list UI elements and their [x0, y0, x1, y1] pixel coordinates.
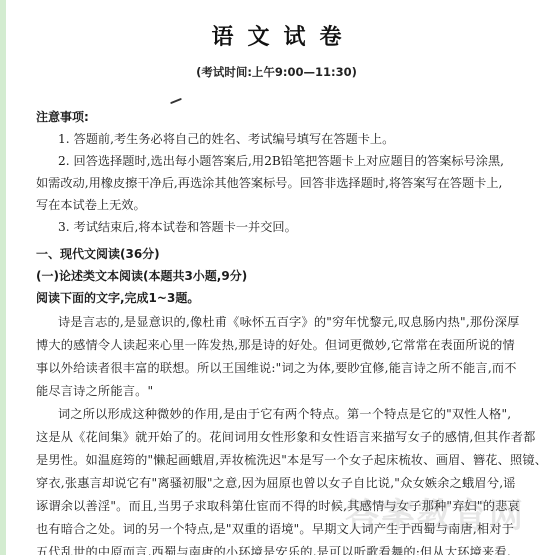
- notice-item-1: 1. 答题前,考生务必将自己的姓名、考试编号填写在答题卡上。: [58, 130, 394, 147]
- exam-page: 语文试卷 (考试时间:上午9:00—11:30) 注意事项: 1. 答题前,考生…: [0, 0, 553, 555]
- passage-line: 诗是言志的,是显意识的,像杜甫《咏怀五百字》的"穷年忧黎元,叹息肠内热",那份深…: [58, 313, 519, 330]
- section-instruction: 阅读下面的文字,完成1~3题。: [36, 289, 199, 306]
- section-subheading: (一)论述类文本阅读(本题共3小题,9分): [36, 267, 247, 284]
- section-heading: 一、现代文阅读(36分): [36, 245, 160, 262]
- notice-item-3: 3. 考试结束后,将本试卷和答题卡一并交回。: [58, 218, 297, 235]
- notice-item-2-end: 写在本试卷上无效。: [36, 196, 146, 213]
- notice-item-2-cont: 如需改动,用橡皮擦干净后,再选涂其他答案标号。回答非选择题时,将答案写在答题卡上…: [36, 174, 502, 191]
- passage-line: 词之所以形成这种微妙的作用,是由于它有两个特点。第一个特点是它的"双性人格",: [58, 405, 511, 422]
- pen-mark: [170, 98, 182, 104]
- passage-line: 穿衣,张惠言却说它有"离骚初服"之意,因为屈原也曾以女子自比说,"众女嫉余之蛾眉…: [36, 474, 516, 491]
- passage-line: 博大的感情令人读起来心里一阵发热,那是诗的好处。但词更微妙,它常常在表面所说的情: [36, 336, 515, 353]
- notice-item-2: 2. 回答选择题时,选出每小题答案后,用2B铅笔把答题卡上对应题目的答案标号涂黑…: [58, 152, 504, 169]
- passage-line: 是男性。如温庭筠的"懒起画蛾眉,弄妆梳洗迟"本是写一个女子起床梳妆、画眉、簪花、…: [36, 451, 547, 468]
- notice-heading: 注意事项:: [36, 108, 89, 125]
- passage-line: 事以外给读者很丰富的联想。所以王国维说:"词之为体,要眇宜修,能言诗之所不能言,…: [36, 359, 517, 376]
- passage-line: 能尽言诗之所能言。": [36, 382, 153, 399]
- exam-time: (考试时间:上午9:00—11:30): [0, 64, 553, 80]
- passage-line: 诼谓余以善淫"。而且,当男子求取科第仕宦而不得的时候,其感情与女子那种"弃妇"的…: [36, 497, 520, 514]
- page-title: 语文试卷: [0, 20, 553, 51]
- passage-line: 五代乱世的中原而言,西蜀与南唐的小环境是安乐的,是可以听歌看舞的;但从大环境来看…: [36, 543, 511, 555]
- passage-line: 也有暗合之处。词的另一个特点,是"双重的语境"。早期文人词产生于西蜀与南唐,相对…: [36, 520, 514, 537]
- passage-line: 这是从《花间集》就开始了的。花间词用女性形象和女性语言来描写女子的感情,但其作者…: [36, 428, 536, 445]
